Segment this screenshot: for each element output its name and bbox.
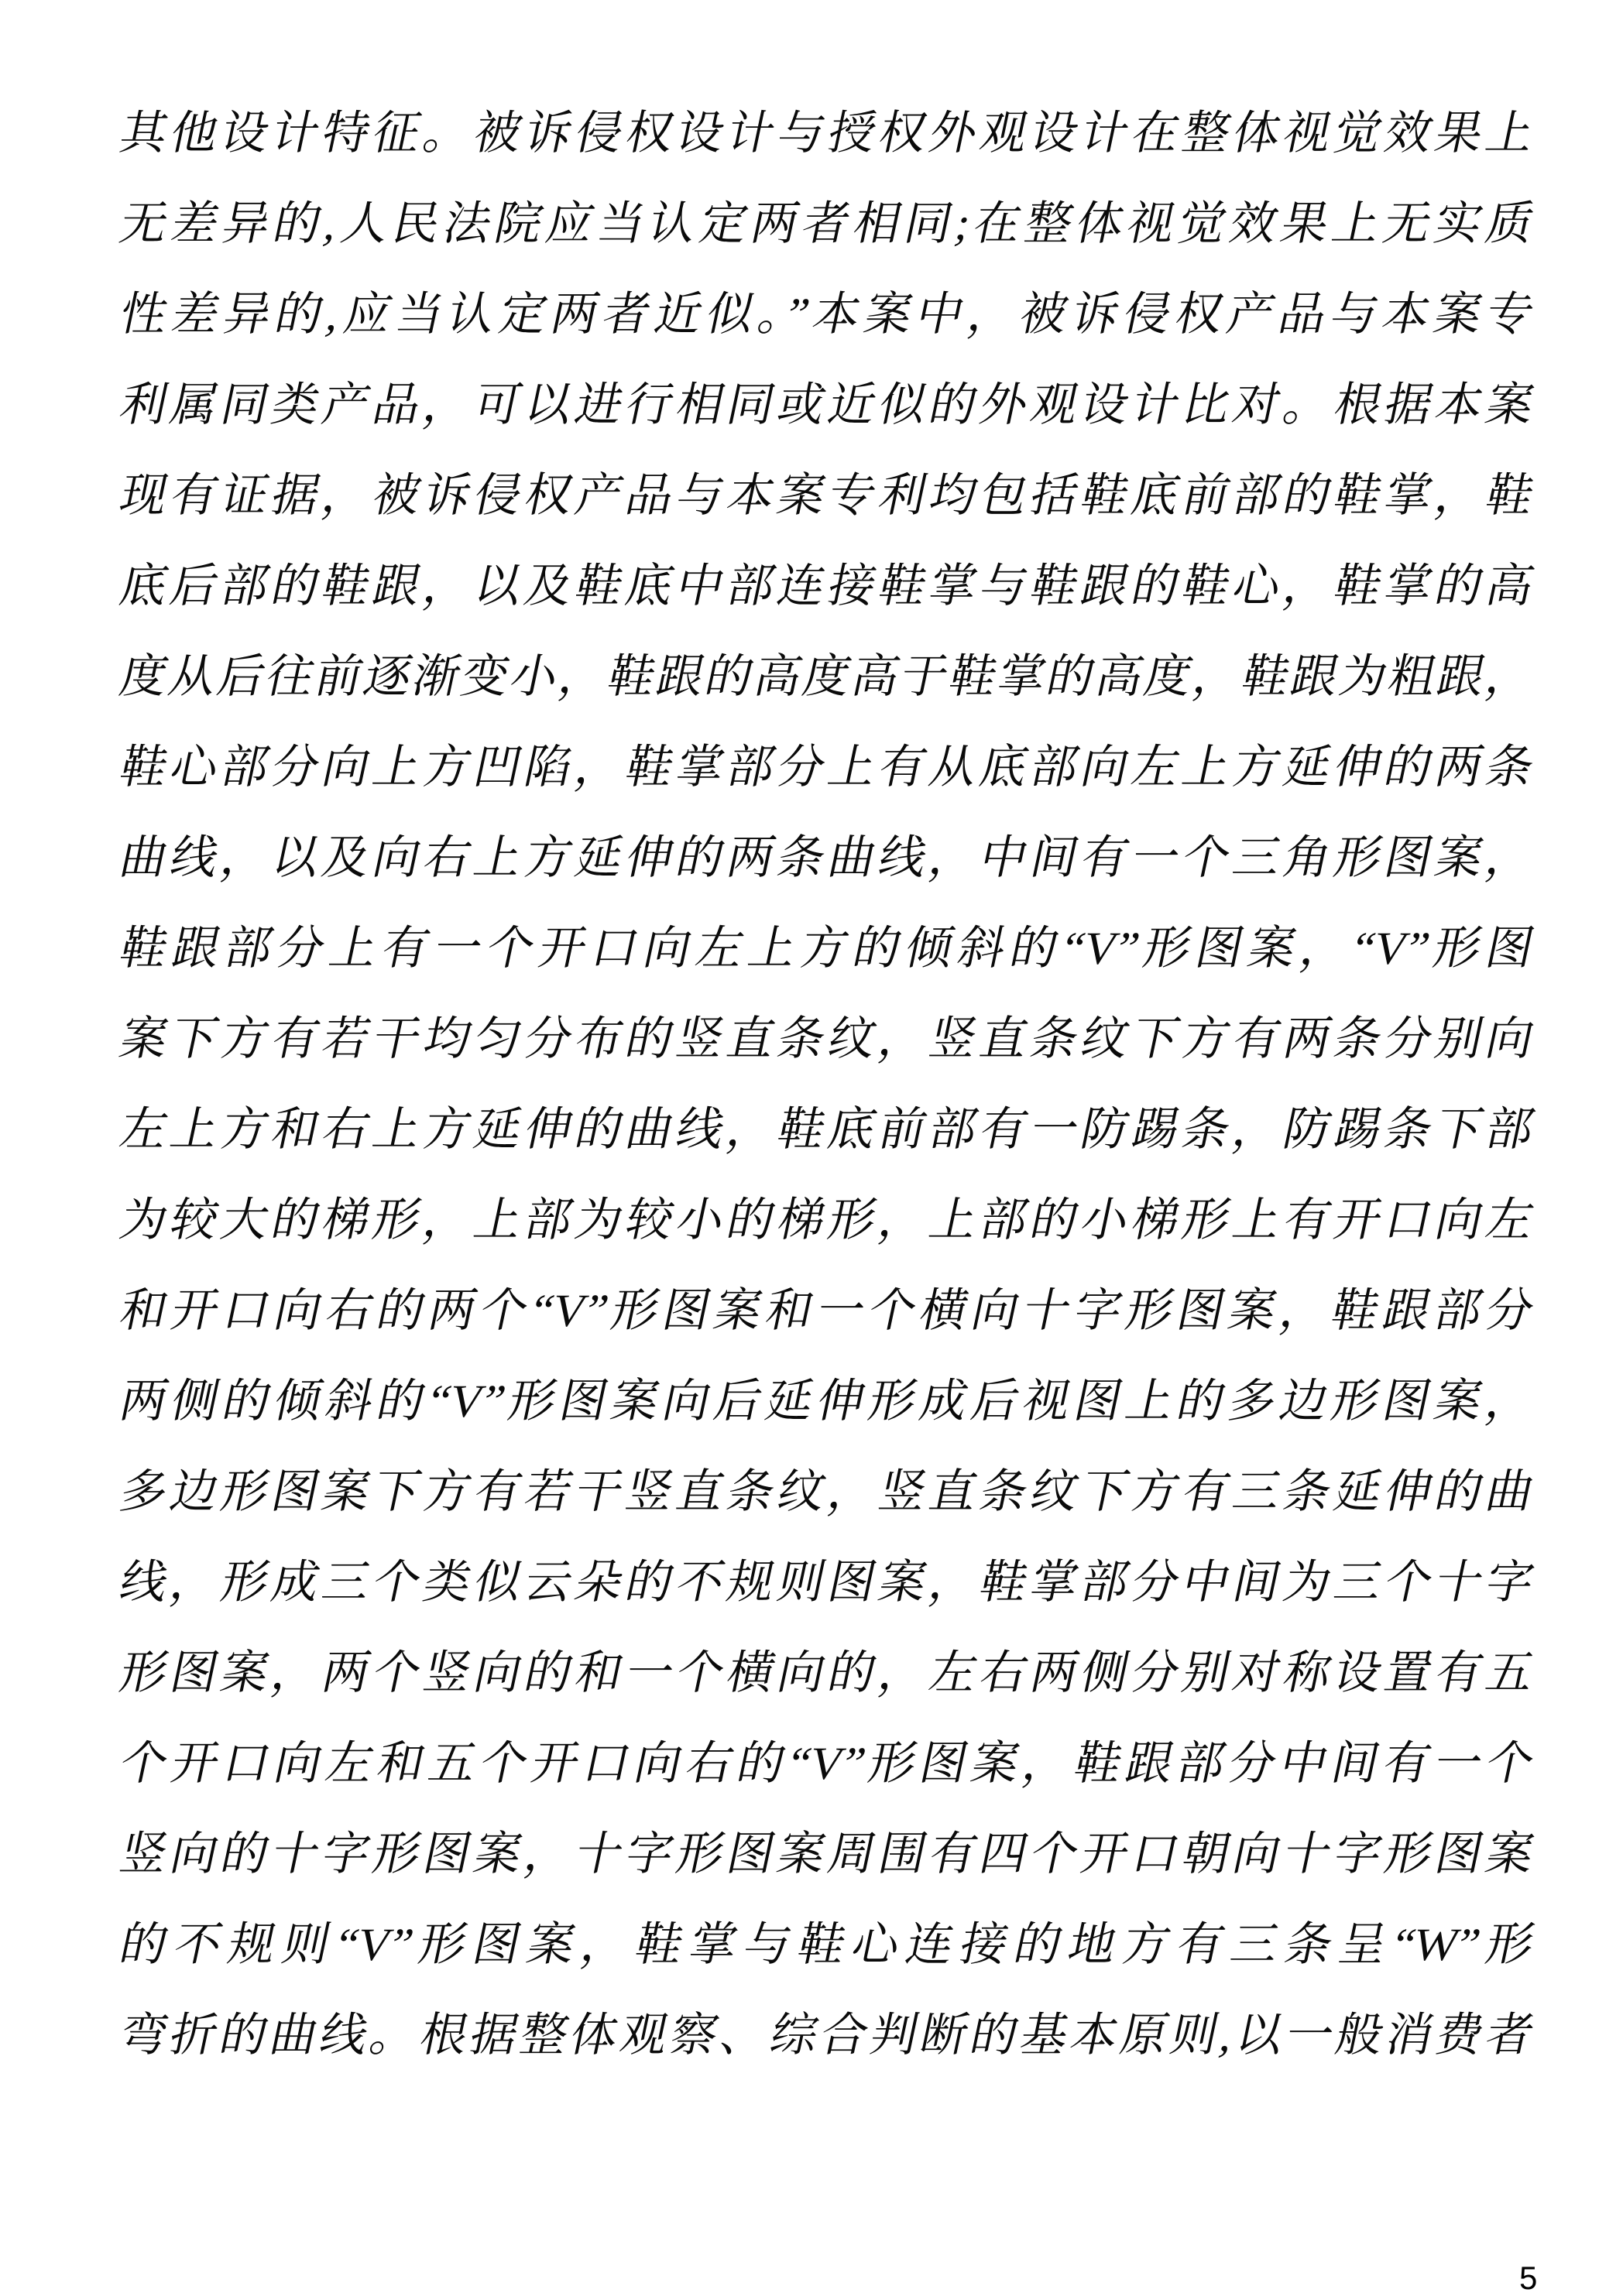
text-line: 两侧的倾斜的“V”形图案向后延伸形成后视图上的多边形图案， bbox=[112, 1356, 1543, 1447]
text-line: 线，形成三个类似云朵的不规则图案，鞋掌部分中间为三个十字 bbox=[112, 1537, 1543, 1628]
text-line: 度从后往前逐渐变小，鞋跟的高度高于鞋掌的高度，鞋跟为粗跟， bbox=[112, 632, 1543, 722]
text-line: 和开口向右的两个“V”形图案和一个横向十字形图案，鞋跟部分 bbox=[112, 1266, 1543, 1356]
text-line: 弯折的曲线。根据整体观察、综合判断的基本原则,以一般消费者 bbox=[112, 1990, 1543, 2081]
text-line: 曲线，以及向右上方延伸的两条曲线，中间有一个三角形图案， bbox=[112, 813, 1543, 903]
text-line: 利属同类产品，可以进行相同或近似的外观设计比对。根据本案 bbox=[112, 360, 1543, 451]
text-line: 其他设计特征。被诉侵权设计与授权外观设计在整体视觉效果上 bbox=[112, 88, 1543, 179]
text-line: 为较大的梯形，上部为较小的梯形，上部的小梯形上有开口向左 bbox=[112, 1175, 1543, 1266]
text-line: 形图案，两个竖向的和一个横向的，左右两侧分别对称设置有五 bbox=[112, 1628, 1543, 1719]
text-line: 竖向的十字形图案，十字形图案周围有四个开口朝向十字形图案 bbox=[112, 1809, 1543, 1900]
text-line: 鞋跟部分上有一个开口向左上方的倾斜的“V”形图案，“V”形图 bbox=[112, 903, 1543, 994]
text-line: 现有证据，被诉侵权产品与本案专利均包括鞋底前部的鞋掌，鞋 bbox=[112, 451, 1543, 541]
body-text: 其他设计特征。被诉侵权设计与授权外观设计在整体视觉效果上 无差异的,人民法院应当… bbox=[118, 88, 1531, 2081]
text-line: 性差异的,应当认定两者近似。”本案中，被诉侵权产品与本案专 bbox=[112, 269, 1543, 360]
text-line: 多边形图案下方有若干竖直条纹，竖直条纹下方有三条延伸的曲 bbox=[112, 1447, 1543, 1537]
text-line: 鞋心部分向上方凹陷，鞋掌部分上有从底部向左上方延伸的两条 bbox=[112, 722, 1543, 813]
text-line: 无差异的,人民法院应当认定两者相同;在整体视觉效果上无实质 bbox=[112, 179, 1543, 269]
text-line: 案下方有若干均匀分布的竖直条纹，竖直条纹下方有两条分别向 bbox=[112, 994, 1543, 1085]
document-page: 其他设计特征。被诉侵权设计与授权外观设计在整体视觉效果上 无差异的,人民法院应当… bbox=[0, 0, 1623, 2296]
page-number: 5 bbox=[1519, 2262, 1537, 2294]
text-line: 左上方和右上方延伸的曲线，鞋底前部有一防踢条，防踢条下部 bbox=[112, 1085, 1543, 1175]
text-line: 的不规则“V”形图案，鞋掌与鞋心连接的地方有三条呈“W”形 bbox=[112, 1900, 1543, 1990]
text-line: 底后部的鞋跟，以及鞋底中部连接鞋掌与鞋跟的鞋心，鞋掌的高 bbox=[112, 541, 1543, 632]
text-line: 个开口向左和五个开口向右的“V”形图案，鞋跟部分中间有一个 bbox=[112, 1719, 1543, 1809]
